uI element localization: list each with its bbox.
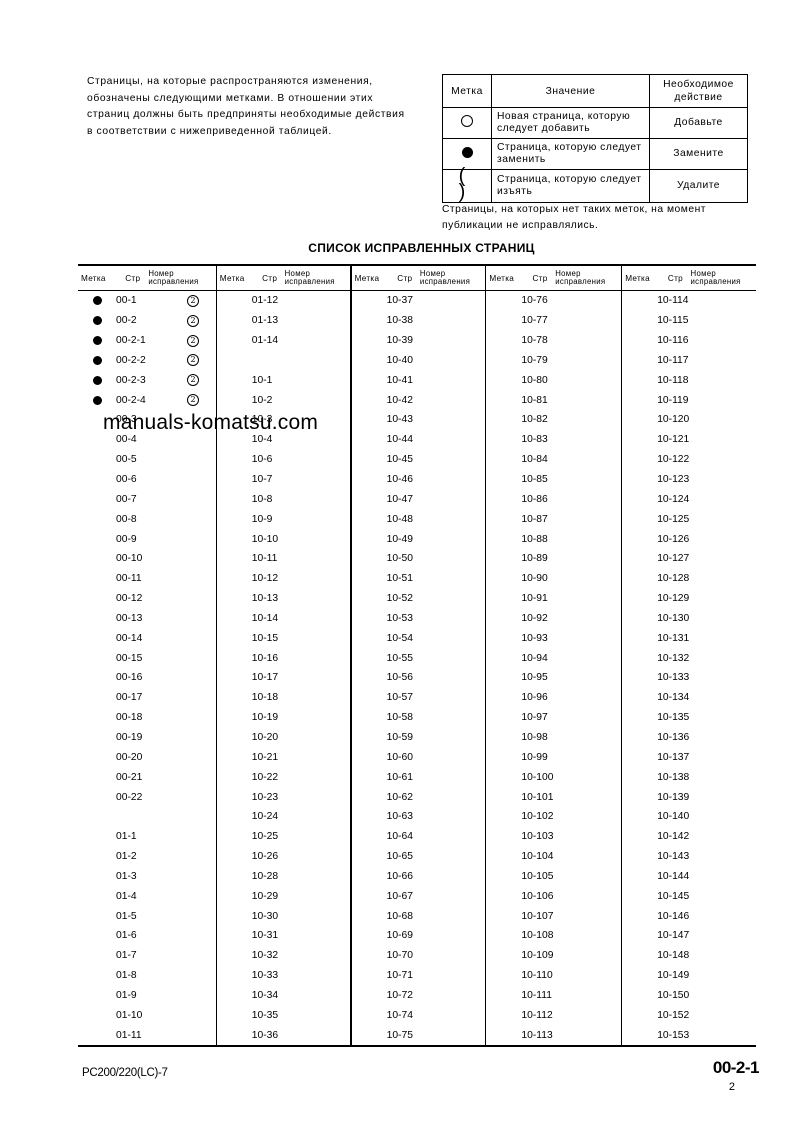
page-number: 10-24 bbox=[252, 811, 314, 822]
page-number: 10-96 bbox=[521, 692, 583, 703]
table-row: 10-41 bbox=[352, 370, 486, 390]
table-row: 10-48 bbox=[352, 509, 486, 529]
page-number: 10-64 bbox=[387, 831, 449, 842]
page-number: 10-140 bbox=[657, 811, 719, 822]
revision-number: 2 bbox=[187, 315, 199, 327]
filled-circle-icon bbox=[93, 376, 102, 385]
legend-meaning: Страница, которую следует изъять bbox=[492, 170, 650, 203]
page-number: 10-105 bbox=[521, 871, 583, 882]
page-number: 01-1 bbox=[116, 831, 178, 842]
table-row: 10-19 bbox=[217, 708, 350, 728]
page-number: 10-113 bbox=[521, 1030, 583, 1041]
page-number: 10-136 bbox=[657, 732, 719, 743]
table-row: 10-100 bbox=[486, 767, 621, 787]
page-number: 10-13 bbox=[252, 593, 314, 604]
page-number: 10-123 bbox=[657, 474, 719, 485]
footer-revision: 2 bbox=[729, 1081, 735, 1093]
page-number: 10-130 bbox=[657, 613, 719, 624]
page-number: 00-4 bbox=[116, 434, 178, 445]
page-number: 10-48 bbox=[387, 514, 449, 525]
table-row: 10-20 bbox=[217, 728, 350, 748]
page-number: 00-20 bbox=[116, 752, 178, 763]
table-row: 10-29 bbox=[217, 886, 350, 906]
table-row: 10-112 bbox=[486, 1005, 621, 1025]
table-row: 10-96 bbox=[486, 688, 621, 708]
legend-action: Добавьте bbox=[650, 108, 748, 139]
page-number: 10-71 bbox=[387, 970, 449, 981]
page-number: 01-9 bbox=[116, 990, 178, 1001]
table-row: 00-21 bbox=[78, 767, 216, 787]
table-row: 01-9 bbox=[78, 986, 216, 1006]
table-row: 10-108 bbox=[486, 926, 621, 946]
page-number: 10-18 bbox=[252, 692, 314, 703]
table-row: 10-12 bbox=[217, 569, 350, 589]
page-number: 10-79 bbox=[521, 355, 583, 366]
table-row: 10-59 bbox=[352, 728, 486, 748]
page-number: 10-102 bbox=[521, 811, 583, 822]
header-revision: Номер исправления bbox=[691, 270, 756, 287]
table-row: 00-2-22 bbox=[78, 351, 216, 371]
table-column-group: 01-1201-1301-1410-110-210-310-410-610-71… bbox=[217, 291, 352, 1045]
page-number: 10-86 bbox=[521, 494, 583, 505]
table-row: 10-140 bbox=[622, 807, 756, 827]
page-number: 01-11 bbox=[116, 1030, 178, 1041]
table-row: 10-117 bbox=[622, 351, 756, 371]
page-number: 10-67 bbox=[387, 891, 449, 902]
page-number: 10-45 bbox=[387, 454, 449, 465]
table-row: 10-81 bbox=[486, 390, 621, 410]
table-row: 10-18 bbox=[217, 688, 350, 708]
page-number: 10-93 bbox=[521, 633, 583, 644]
page-number: 10-51 bbox=[387, 573, 449, 584]
table-row: 10-69 bbox=[352, 926, 486, 946]
table-row: 10-25 bbox=[217, 827, 350, 847]
page-number: 10-65 bbox=[387, 851, 449, 862]
table-row: 10-43 bbox=[352, 410, 486, 430]
table-row: 10-129 bbox=[622, 589, 756, 609]
page-number: 00-8 bbox=[116, 514, 178, 525]
page-number: 10-92 bbox=[521, 613, 583, 624]
header-revision: Номер исправления bbox=[148, 270, 215, 287]
page-number: 10-85 bbox=[521, 474, 583, 485]
table-row: 10-90 bbox=[486, 569, 621, 589]
table-row: 10-106 bbox=[486, 886, 621, 906]
table-row: 10-142 bbox=[622, 827, 756, 847]
table-row: 01-6 bbox=[78, 926, 216, 946]
page-number: 01-7 bbox=[116, 950, 178, 961]
page-number: 10-9 bbox=[252, 514, 314, 525]
table-row: 00-6 bbox=[78, 470, 216, 490]
page-number: 10-132 bbox=[657, 653, 719, 664]
legend-table: Метка Значение Необходимое действие Нова… bbox=[442, 74, 748, 203]
table-row: 10-99 bbox=[486, 747, 621, 767]
table-row: 01-5 bbox=[78, 906, 216, 926]
page-number: 10-31 bbox=[252, 930, 314, 941]
page-number: 10-99 bbox=[521, 752, 583, 763]
page-number: 10-108 bbox=[521, 930, 583, 941]
filled-circle-icon bbox=[462, 147, 473, 158]
header-revision: Номер исправления bbox=[420, 270, 485, 287]
page-number: 10-17 bbox=[252, 672, 314, 683]
page-number: 10-53 bbox=[387, 613, 449, 624]
header-mark: Метка bbox=[486, 274, 524, 283]
page-number: 10-150 bbox=[657, 990, 719, 1001]
page-number: 10-146 bbox=[657, 911, 719, 922]
table-row: 00-22 bbox=[78, 311, 216, 331]
table-row: 10-8 bbox=[217, 489, 350, 509]
page-number: 10-125 bbox=[657, 514, 719, 525]
table-row: 10-120 bbox=[622, 410, 756, 430]
page-number: 10-15 bbox=[252, 633, 314, 644]
table-row: 10-80 bbox=[486, 370, 621, 390]
table-row: 10-121 bbox=[622, 430, 756, 450]
page-number: 10-135 bbox=[657, 712, 719, 723]
table-row: 10-60 bbox=[352, 747, 486, 767]
page-number: 10-11 bbox=[252, 553, 314, 564]
filled-circle-icon bbox=[93, 296, 102, 305]
page-number: 10-88 bbox=[521, 534, 583, 545]
page-number: 10-12 bbox=[252, 573, 314, 584]
table-row: 10-97 bbox=[486, 708, 621, 728]
table-row: 10-63 bbox=[352, 807, 486, 827]
page-number: 01-8 bbox=[116, 970, 178, 981]
table-row: 10-149 bbox=[622, 966, 756, 986]
table-row: 10-49 bbox=[352, 529, 486, 549]
table-row: 00-11 bbox=[78, 569, 216, 589]
page-number: 10-36 bbox=[252, 1030, 314, 1041]
page-number: 10-58 bbox=[387, 712, 449, 723]
table-row: 10-91 bbox=[486, 589, 621, 609]
table-row: 10-55 bbox=[352, 648, 486, 668]
table-row: 10-105 bbox=[486, 866, 621, 886]
page-number: 10-89 bbox=[521, 553, 583, 564]
page-number: 10-76 bbox=[521, 295, 583, 306]
table-row: 10-139 bbox=[622, 787, 756, 807]
table-row: 10-68 bbox=[352, 906, 486, 926]
table-row: 10-147 bbox=[622, 926, 756, 946]
watermark: manuals-komatsu.com bbox=[103, 411, 318, 435]
page-number: 10-107 bbox=[521, 911, 583, 922]
table-row: 10-79 bbox=[486, 351, 621, 371]
table-row: 10-30 bbox=[217, 906, 350, 926]
table-row: 10-40 bbox=[352, 351, 486, 371]
header-page: Стр bbox=[255, 274, 285, 283]
header-mark: Метка bbox=[78, 274, 117, 283]
table-row: 10-89 bbox=[486, 549, 621, 569]
page-number: 01-13 bbox=[252, 315, 314, 326]
page-number: 00-10 bbox=[116, 553, 178, 564]
page-number: 00-19 bbox=[116, 732, 178, 743]
page-number: 10-49 bbox=[387, 534, 449, 545]
table-row: 10-93 bbox=[486, 628, 621, 648]
column-header-group: МеткаСтрНомер исправления bbox=[622, 266, 756, 290]
page-number: 10-129 bbox=[657, 593, 719, 604]
table-row: 00-13 bbox=[78, 609, 216, 629]
page-number: 10-153 bbox=[657, 1030, 719, 1041]
table-row: 00-2-12 bbox=[78, 331, 216, 351]
table-row: 01-12 bbox=[217, 291, 350, 311]
page-number: 10-33 bbox=[252, 970, 314, 981]
legend-header-meaning: Значение bbox=[492, 75, 650, 108]
table-row: 10-98 bbox=[486, 728, 621, 748]
page-number: 10-54 bbox=[387, 633, 449, 644]
page-number: 10-21 bbox=[252, 752, 314, 763]
page-number: 10-152 bbox=[657, 1010, 719, 1021]
table-row bbox=[78, 807, 216, 827]
table-row: 10-113 bbox=[486, 1025, 621, 1045]
table-row: 10-94 bbox=[486, 648, 621, 668]
table-row: 00-8 bbox=[78, 509, 216, 529]
page-number: 10-101 bbox=[521, 792, 583, 803]
table-row: 10-28 bbox=[217, 866, 350, 886]
page-number: 10-35 bbox=[252, 1010, 314, 1021]
table-row: 10-148 bbox=[622, 946, 756, 966]
page-number: 10-128 bbox=[657, 573, 719, 584]
table-row: 10-17 bbox=[217, 668, 350, 688]
table-row: 01-3 bbox=[78, 866, 216, 886]
page-number: 10-29 bbox=[252, 891, 314, 902]
legend-row-replace: Страница, которую следует заменить Замен… bbox=[443, 139, 748, 170]
page-number: 10-143 bbox=[657, 851, 719, 862]
page-number: 10-77 bbox=[521, 315, 583, 326]
legend-header-mark: Метка bbox=[443, 75, 492, 108]
table-row: 10-145 bbox=[622, 886, 756, 906]
page-number: 10-37 bbox=[387, 295, 449, 306]
revision-number: 2 bbox=[187, 394, 199, 406]
table-row: 10-111 bbox=[486, 986, 621, 1006]
page-number: 10-72 bbox=[387, 990, 449, 1001]
filled-circle-icon bbox=[93, 396, 102, 405]
table-row: 10-13 bbox=[217, 589, 350, 609]
table-row: 10-76 bbox=[486, 291, 621, 311]
header-revision: Номер исправления bbox=[285, 270, 350, 287]
page-number: 00-2-2 bbox=[116, 355, 178, 366]
page-number: 10-62 bbox=[387, 792, 449, 803]
table-row: 10-9 bbox=[217, 509, 350, 529]
page-number: 00-6 bbox=[116, 474, 178, 485]
table-row: 10-74 bbox=[352, 1005, 486, 1025]
page-number: 10-121 bbox=[657, 434, 719, 445]
table-row: 01-8 bbox=[78, 966, 216, 986]
column-header-group: МеткаСтрНомер исправления bbox=[217, 266, 352, 290]
table-column-group: 00-1200-2200-2-1200-2-2200-2-3200-2-4200… bbox=[78, 291, 217, 1045]
table-row: 10-10 bbox=[217, 529, 350, 549]
table-row: 10-1 bbox=[217, 370, 350, 390]
table-row: 10-62 bbox=[352, 787, 486, 807]
table-row: 10-37 bbox=[352, 291, 486, 311]
table-header-row: МеткаСтрНомер исправленияМеткаСтрНомер и… bbox=[78, 266, 756, 291]
page-number: 10-122 bbox=[657, 454, 719, 465]
table-row: 10-82 bbox=[486, 410, 621, 430]
page-number: 10-25 bbox=[252, 831, 314, 842]
page-number: 00-2 bbox=[116, 315, 178, 326]
table-row: 10-119 bbox=[622, 390, 756, 410]
table-row: 10-66 bbox=[352, 866, 486, 886]
table-row: 10-110 bbox=[486, 966, 621, 986]
table-row: 10-50 bbox=[352, 549, 486, 569]
table-row: 00-22 bbox=[78, 787, 216, 807]
page-number: 10-98 bbox=[521, 732, 583, 743]
filled-circle-icon bbox=[93, 316, 102, 325]
table-row: 10-64 bbox=[352, 827, 486, 847]
table-row: 10-11 bbox=[217, 549, 350, 569]
page-number: 00-2-1 bbox=[116, 335, 178, 346]
page-number: 10-32 bbox=[252, 950, 314, 961]
page-number: 10-34 bbox=[252, 990, 314, 1001]
page-number: 01-4 bbox=[116, 891, 178, 902]
table-row: 10-86 bbox=[486, 489, 621, 509]
table-row: 10-23 bbox=[217, 787, 350, 807]
table-row: 10-143 bbox=[622, 847, 756, 867]
page-number: 10-28 bbox=[252, 871, 314, 882]
table-row: 10-21 bbox=[217, 747, 350, 767]
table-column-group: 10-3710-3810-3910-4010-4110-4210-4310-44… bbox=[352, 291, 487, 1045]
page-number: 10-55 bbox=[387, 653, 449, 664]
legend-action: Замените bbox=[650, 139, 748, 170]
page-number: 00-16 bbox=[116, 672, 178, 683]
page-number: 10-16 bbox=[252, 653, 314, 664]
page-number: 10-63 bbox=[387, 811, 449, 822]
table-row: 10-58 bbox=[352, 708, 486, 728]
header-page: Стр bbox=[117, 274, 148, 283]
page-number: 10-94 bbox=[521, 653, 583, 664]
page-number: 10-52 bbox=[387, 593, 449, 604]
page-number: 10-95 bbox=[521, 672, 583, 683]
table-row: 00-7 bbox=[78, 489, 216, 509]
page-number: 10-104 bbox=[521, 851, 583, 862]
table-row: 00-20 bbox=[78, 747, 216, 767]
table-row bbox=[217, 351, 350, 371]
table-row: 10-38 bbox=[352, 311, 486, 331]
table-row: 10-51 bbox=[352, 569, 486, 589]
revision-number: 2 bbox=[187, 354, 199, 366]
page-number: 10-4 bbox=[252, 434, 314, 445]
table-row: 00-9 bbox=[78, 529, 216, 549]
table-row: 10-77 bbox=[486, 311, 621, 331]
page-number: 10-134 bbox=[657, 692, 719, 703]
table-row: 10-152 bbox=[622, 1005, 756, 1025]
page-number: 01-2 bbox=[116, 851, 178, 862]
legend-action: Удалите bbox=[650, 170, 748, 203]
page-number: 00-1 bbox=[116, 295, 178, 306]
page-number: 10-118 bbox=[657, 375, 719, 386]
page-number: 00-11 bbox=[116, 573, 178, 584]
page-number: 10-137 bbox=[657, 752, 719, 763]
page-number: 10-110 bbox=[521, 970, 583, 981]
page-number: 10-82 bbox=[521, 414, 583, 425]
table-row: 00-5 bbox=[78, 450, 216, 470]
page-number: 10-116 bbox=[657, 335, 719, 346]
table-row: 00-12 bbox=[78, 589, 216, 609]
revised-pages-table: МеткаСтрНомер исправленияМеткаСтрНомер и… bbox=[78, 264, 756, 1047]
table-row: 10-132 bbox=[622, 648, 756, 668]
table-row: 10-65 bbox=[352, 847, 486, 867]
table-row: 00-17 bbox=[78, 688, 216, 708]
page-number: 10-59 bbox=[387, 732, 449, 743]
header-page: Стр bbox=[390, 274, 420, 283]
page-number: 00-14 bbox=[116, 633, 178, 644]
table-row: 10-109 bbox=[486, 946, 621, 966]
list-title: СПИСОК ИСПРАВЛЕННЫХ СТРАНИЦ bbox=[0, 241, 793, 255]
table-row: 10-75 bbox=[352, 1025, 486, 1045]
revision-number: 2 bbox=[187, 374, 199, 386]
table-row: 10-47 bbox=[352, 489, 486, 509]
legend-meaning: Новая страница, которую следует добавить bbox=[492, 108, 650, 139]
table-row: 10-36 bbox=[217, 1025, 350, 1045]
table-row: 10-45 bbox=[352, 450, 486, 470]
page-number: 10-50 bbox=[387, 553, 449, 564]
table-row: 01-4 bbox=[78, 886, 216, 906]
table-row: 10-67 bbox=[352, 886, 486, 906]
page-number: 10-44 bbox=[387, 434, 449, 445]
table-row: 00-2-32 bbox=[78, 370, 216, 390]
page-number: 10-142 bbox=[657, 831, 719, 842]
page-number: 10-8 bbox=[252, 494, 314, 505]
table-row: 10-118 bbox=[622, 370, 756, 390]
table-row: 00-19 bbox=[78, 728, 216, 748]
page-number: 10-61 bbox=[387, 772, 449, 783]
table-row: 10-122 bbox=[622, 450, 756, 470]
page-number: 01-3 bbox=[116, 871, 178, 882]
table-row: 10-95 bbox=[486, 668, 621, 688]
page-number: 10-126 bbox=[657, 534, 719, 545]
page-number: 10-149 bbox=[657, 970, 719, 981]
page-number: 10-70 bbox=[387, 950, 449, 961]
page-number: 10-43 bbox=[387, 414, 449, 425]
table-row: 10-92 bbox=[486, 609, 621, 629]
page-number: 01-14 bbox=[252, 335, 314, 346]
table-row: 10-57 bbox=[352, 688, 486, 708]
legend-header-action: Необходимое действие bbox=[650, 75, 748, 108]
table-row: 10-70 bbox=[352, 946, 486, 966]
page-number: 10-144 bbox=[657, 871, 719, 882]
table-row: 10-104 bbox=[486, 847, 621, 867]
page-number: 10-42 bbox=[387, 395, 449, 406]
table-row: 10-138 bbox=[622, 767, 756, 787]
table-row: 00-10 bbox=[78, 549, 216, 569]
page-number: 10-10 bbox=[252, 534, 314, 545]
page-number: 10-23 bbox=[252, 792, 314, 803]
page-number: 10-84 bbox=[521, 454, 583, 465]
page-number: 10-119 bbox=[657, 395, 719, 406]
page-number: 00-2-4 bbox=[116, 395, 178, 406]
intro-paragraph: Страницы, на которые распространяются из… bbox=[87, 74, 407, 140]
page-number: 00-18 bbox=[116, 712, 178, 723]
table-row: 00-18 bbox=[78, 708, 216, 728]
page-number: 10-80 bbox=[521, 375, 583, 386]
table-row: 10-127 bbox=[622, 549, 756, 569]
table-column-group: 10-11410-11510-11610-11710-11810-11910-1… bbox=[622, 291, 756, 1045]
header-mark: Метка bbox=[217, 274, 255, 283]
table-row: 10-32 bbox=[217, 946, 350, 966]
page-number: 00-13 bbox=[116, 613, 178, 624]
page-number: 00-5 bbox=[116, 454, 178, 465]
page-number: 10-109 bbox=[521, 950, 583, 961]
page-number: 10-30 bbox=[252, 911, 314, 922]
page-number: 10-133 bbox=[657, 672, 719, 683]
page-number: 10-138 bbox=[657, 772, 719, 783]
table-row: 10-128 bbox=[622, 569, 756, 589]
page-number: 10-74 bbox=[387, 1010, 449, 1021]
page-number: 10-57 bbox=[387, 692, 449, 703]
revision-number: 2 bbox=[187, 335, 199, 347]
table-row: 10-87 bbox=[486, 509, 621, 529]
table-row: 10-71 bbox=[352, 966, 486, 986]
page-number: 10-22 bbox=[252, 772, 314, 783]
table-row: 10-102 bbox=[486, 807, 621, 827]
page-number: 10-127 bbox=[657, 553, 719, 564]
column-header-group: МеткаСтрНомер исправления bbox=[486, 266, 622, 290]
